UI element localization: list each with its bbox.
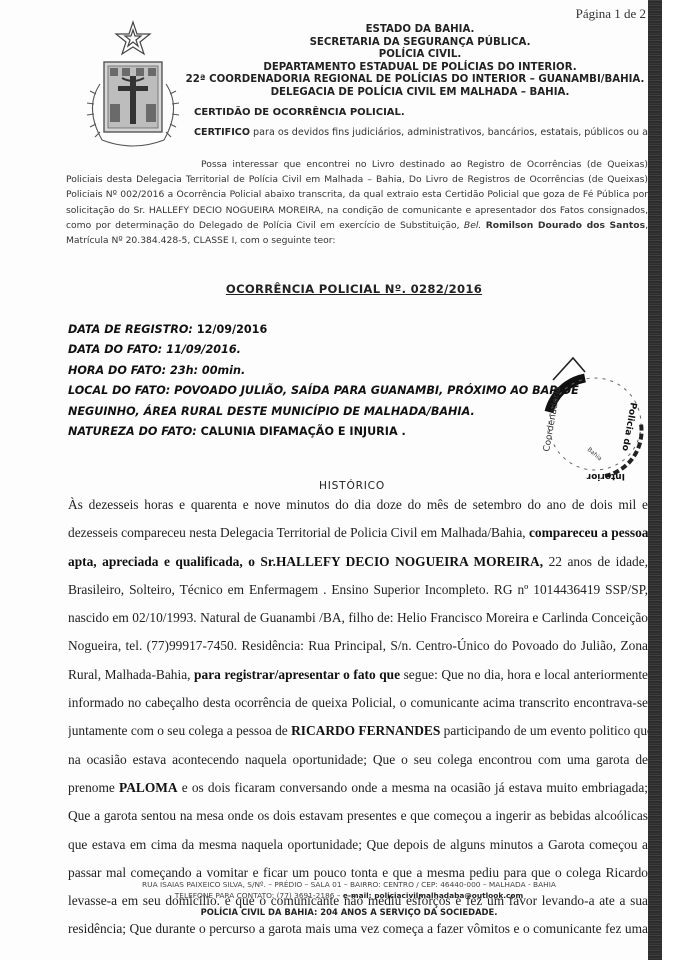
historico-line: Rural, Malhada-Bahia, para registrar/apr… [68,661,648,689]
certifico-text: para os devidos fins judiciários, admini… [250,127,654,138]
certifico-keyword: CERTIFICO [194,127,250,138]
historico-line: Às dezesseis horas e quarenta e nove min… [68,491,648,519]
footer-contact: TELEFONE PARA CONTATO: (77) 3691-2186 – … [0,891,698,902]
historico-emphasis: RICARDO FERNANDES [291,723,440,738]
field-value: CALUNIA DIFAMAÇÃO E INJURIA . [197,425,406,438]
historico-text: Às dezesseis horas e quarenta e nove min… [68,497,648,512]
historico-text: e os dois ficaram conversando onde a mes… [178,780,648,795]
historico-text: passar mal começando a vomitar e ficar u… [68,865,648,880]
letterhead: ESTADO DA BAHIA. SECRETARIA DA SEGURANÇA… [200,24,640,99]
historico-text: Nogueira, tel. (77)99917-7450. Residênci… [68,638,648,653]
field-local-fato: LOCAL DO FATO: POVOADO JULIÃO, SAÍDA PAR… [68,381,579,401]
historico-text: Rural, Malhada-Bahia, [68,667,194,682]
historico-text: que estava em cima da mesma naquela opor… [68,837,648,852]
historico-line: nascido em 02/10/1993. Natural de Guanam… [68,604,648,632]
field-value: 11/09/2016. [162,343,241,356]
historico-line: informado no cabeçalho desta ocorrência … [68,689,648,717]
field-label: LOCAL DO FATO: [68,384,170,397]
historico-text: 22 anos de idade, [549,554,648,569]
field-label: DATA DO FATO: [68,343,162,356]
bel-title: Bel. [464,220,481,231]
field-label: HORA DO FATO: [68,364,166,377]
svg-text:Policia do: Policia do [620,401,638,451]
field-natureza-fato: NATUREZA DO FATO: CALUNIA DIFAMAÇÃO E IN… [68,422,579,442]
historico-text: segue: Que no dia, hora e local anterior… [400,667,648,682]
historico-text: na ocasião estava acontecendo naquela op… [68,752,648,767]
footer-email-label: e-mail: [343,891,374,900]
official-stamp-icon: Coordenadoria Policia do Interior Bahia [535,352,655,482]
historico-text: informado no cabeçalho desta ocorrência … [68,695,648,710]
page-indicator: Página 1 de 2 [576,6,646,22]
svg-text:Coordenadoria: Coordenadoria [542,386,563,453]
historico-emphasis: compareceu a pessoa [529,525,648,540]
header-line: DEPARTAMENTO ESTADUAL DE POLÍCIAS DO INT… [200,62,640,75]
header-line: DELEGACIA DE POLÍCIA CIVIL EM MALHADA – … [200,87,640,100]
header-line: 22ª COORDENADORIA REGIONAL DE POLÍCIAS D… [160,74,670,87]
certifico-line: CERTIFICO para os devidos fins judiciári… [194,127,654,138]
footer-email: policiacivilmalhadaba@outlook.com [374,891,523,900]
field-value: NEGUINHO, ÁREA RURAL DESTE MUNICÍPIO DE … [68,405,475,418]
field-data-registro: DATA DE REGISTRO: 12/09/2016 [68,320,579,340]
field-local-fato-cont: NEGUINHO, ÁREA RURAL DESTE MUNICÍPIO DE … [68,402,579,422]
field-label: DATA DE REGISTRO: [68,323,193,336]
svg-text:Bahia: Bahia [586,446,604,462]
certidao-title: CERTIDÃO DE OCORRÊNCIA POLICIAL. [194,107,405,118]
field-value: 12/09/2016 [193,323,267,336]
footer-address: RUA ISAIAS PAIXEICO SILVA, S/Nº. – PRÉDI… [0,880,698,891]
occurrence-fields: DATA DE REGISTRO: 12/09/2016 DATA DO FAT… [68,320,579,442]
coat-of-arms-icon [78,18,188,156]
field-value: POVOADO JULIÃO, SAÍDA PARA GUANAMBI, PRÓ… [170,384,579,397]
occurrence-title: OCORRÊNCIA POLICIAL Nº. 0282/2016 [226,282,482,296]
header-line: ESTADO DA BAHIA. [200,24,640,37]
delegado-name: Romilson Dourado dos Santos [486,220,645,231]
historico-emphasis: PALOMA [119,780,178,795]
historico-line: residência; Que durante o percurso a gar… [68,915,648,943]
historico-emphasis: apta, apreciada e qualificada, o Sr.HALL… [68,554,549,569]
star-icon [116,22,150,54]
historico-line: Que a garota sentou na mesa onde os dois… [68,802,648,830]
occurrence-title-wrap: OCORRÊNCIA POLICIAL Nº. 0282/2016 [0,280,698,298]
historico-text: juntamente com o seu colega a pessoa de [68,723,291,738]
historico-line: Nogueira, tel. (77)99917-7450. Residênci… [68,632,648,660]
field-hora-fato: HORA DO FATO: 23h: 00min. [68,361,579,381]
footer-address-block: RUA ISAIAS PAIXEICO SILVA, S/Nº. – PRÉDI… [0,880,698,901]
historico-text: nascido em 02/10/1993. Natural de Guanam… [68,610,648,625]
document-page: Página 1 de 2 [0,0,698,960]
historico-emphasis: para registrar/apresentar o fato que [194,667,400,682]
footer-slogan: POLÍCIA CIVIL DA BAHIA: 204 ANOS A SERVI… [0,907,698,917]
historico-line: juntamente com o seu colega a pessoa de … [68,717,648,745]
header-line: POLÍCIA CIVIL. [200,49,640,62]
historico-body: Às dezesseis horas e quarenta e nove min… [68,491,648,944]
field-value: 23h: 00min. [166,364,245,377]
field-label: NATUREZA DO FATO: [68,425,197,438]
historico-line: que estava em cima da mesma naquela opor… [68,831,648,859]
field-data-fato: DATA DO FATO: 11/09/2016. [68,340,579,360]
historico-text: Brasileiro, Solteiro, Técnico em Enferma… [68,582,648,597]
historico-text: residência; Que durante o percurso a gar… [68,921,648,936]
historico-line: apta, apreciada e qualificada, o Sr.HALL… [68,548,648,576]
footer-phone: TELEFONE PARA CONTATO: (77) 3691-2186 – [175,891,343,900]
historico-line: prenome PALOMA e os dois ficaram convers… [68,774,648,802]
historico-text: dezesseis compareceu nesta Delegacia Ter… [68,525,529,540]
header-line: SECRETARIA DA SEGURANÇA PÚBLICA. [200,37,640,50]
historico-line: Brasileiro, Solteiro, Técnico em Enferma… [68,576,648,604]
historico-text: Que a garota sentou na mesa onde os dois… [68,808,648,823]
historico-line: na ocasião estava acontecendo naquela op… [68,746,648,774]
intro-paragraph: Possa interessar que encontrei no Livro … [66,157,648,248]
historico-line: dezesseis compareceu nesta Delegacia Ter… [68,519,648,547]
historico-text: participando de um evento politico que [440,723,648,738]
historico-text: prenome [68,780,119,795]
